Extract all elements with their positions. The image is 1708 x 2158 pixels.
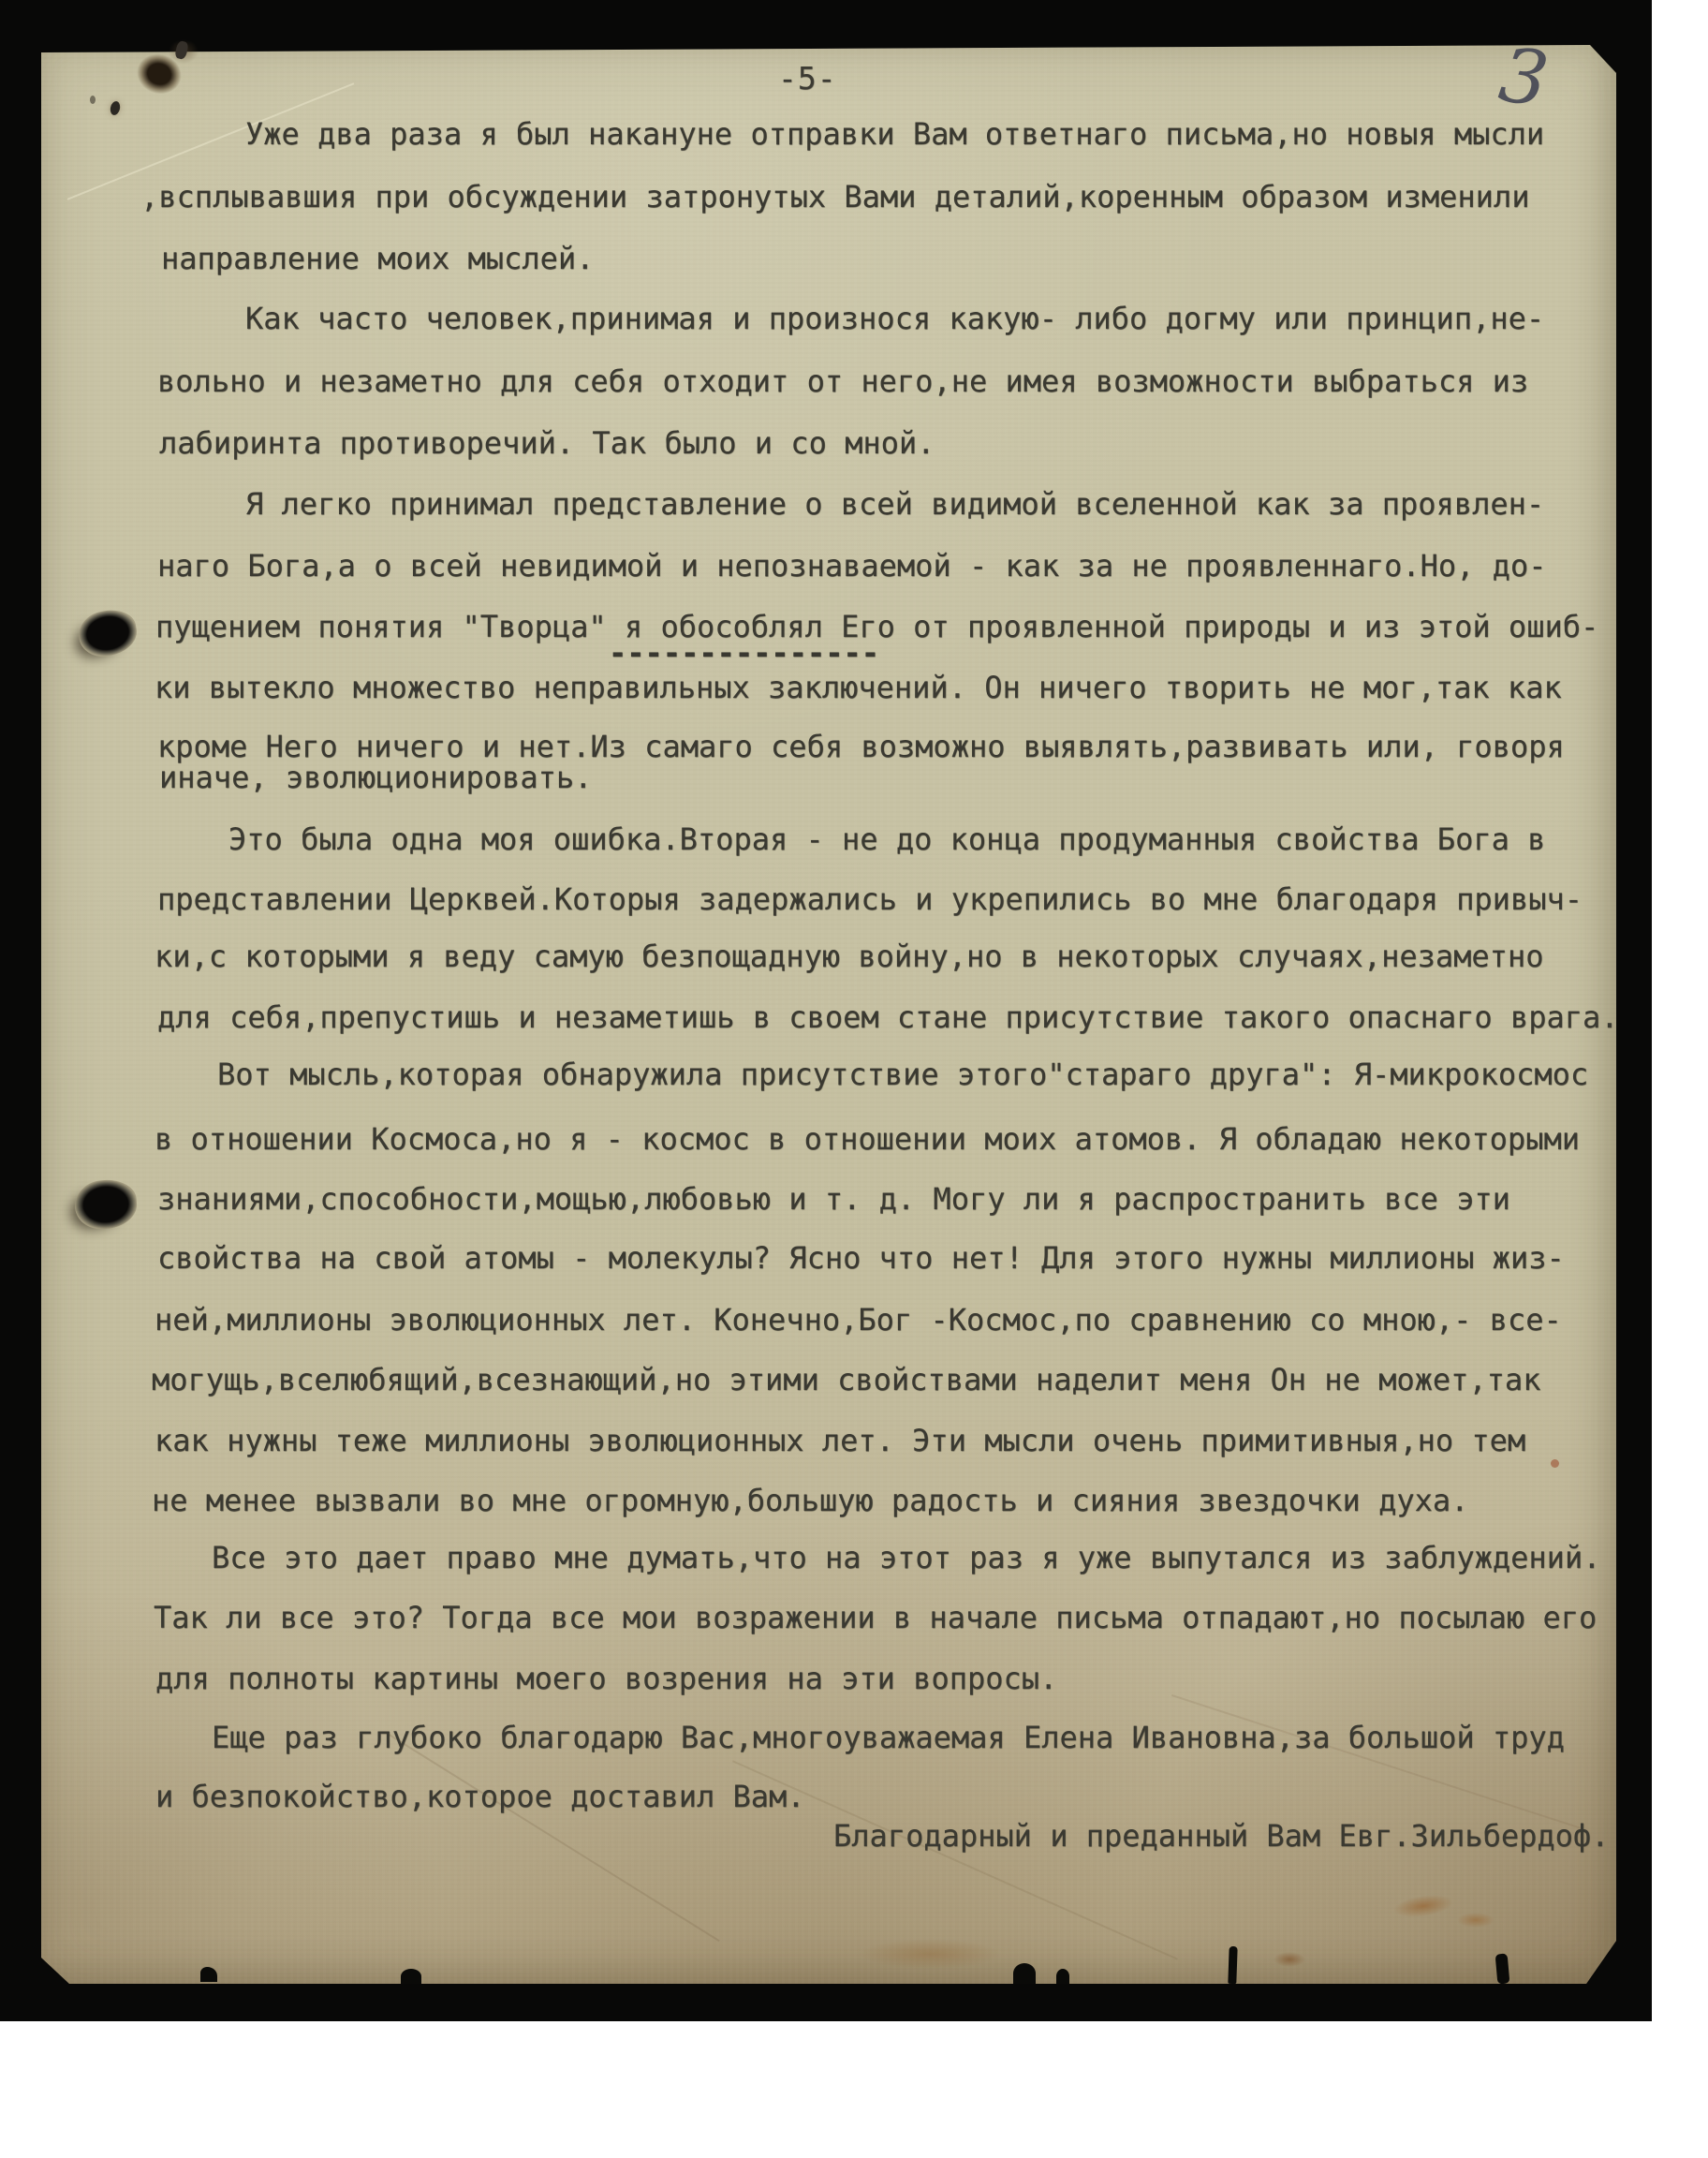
typed-line: Все это дает право мне думать,что на это…: [212, 1543, 1600, 1574]
emphasis-underline-dashes: ---------------: [609, 635, 879, 671]
typed-line: Я легко принимал представление о всей ви…: [245, 489, 1544, 521]
typed-line: ки вытекло множество неправильных заключ…: [155, 673, 1562, 704]
typed-line: Это была одна моя ошибка.Вторая - не до …: [228, 824, 1545, 856]
edge-tear-mark: [1228, 1946, 1237, 1984]
typed-line: Уже два раза я был накануне отправки Вам…: [245, 119, 1544, 151]
typed-line: ней,миллионы эволюционных лет. Конечно,Б…: [155, 1305, 1562, 1337]
typed-line: Еще раз глубоко благодарю Вас,многоуважа…: [212, 1722, 1565, 1754]
typed-line: не менее вызвали во мне огромную,большую…: [152, 1485, 1468, 1517]
ink-dot: [90, 96, 96, 104]
typed-line: в отношении Космоса,но я - космос в отно…: [155, 1124, 1580, 1156]
typed-line: кроме Него ничего и нет.Из самаго себя в…: [157, 732, 1565, 763]
typed-page-number: -5-: [778, 60, 837, 96]
typed-line: Вот мысль,которая обнаружила присутствие…: [217, 1059, 1588, 1091]
scanned-letter-page: -5- 3 Уже два раза я был накануне отправ…: [0, 0, 1708, 2158]
typed-line: Так ли все это? Тогда все мои возражении…: [154, 1603, 1597, 1634]
typed-line: иначе, эволюционировать.: [159, 762, 592, 794]
typed-line: ки,с которыми я веду самую безпощадную в…: [155, 941, 1543, 973]
edge-tear-mark: [1495, 1953, 1510, 1984]
typed-line: для полноты картины моего возрения на эт…: [155, 1663, 1057, 1695]
typed-line: вольно и незаметно для себя отходит от н…: [157, 366, 1528, 398]
edge-tear-mark: [1056, 1969, 1069, 1984]
edge-tear-mark: [1013, 1963, 1036, 1984]
typed-line: знаниями,способности,мощью,любовью и т. …: [157, 1184, 1510, 1216]
typed-line: Как часто человек,принимая и произнося к…: [245, 303, 1544, 335]
edge-tear-mark: [200, 1967, 217, 1982]
typed-line: как нужны теже миллионы эволюционных лет…: [155, 1426, 1525, 1457]
typed-line: представлении Церквей.Которыя задержалис…: [157, 884, 1583, 916]
rust-stain: [1274, 1952, 1305, 1967]
typed-line: и безпокойство,которое доставил Вам.: [155, 1781, 805, 1813]
typed-line: свойства на свой атомы - молекулы? Ясно …: [157, 1243, 1565, 1275]
rust-stain: [1457, 1913, 1494, 1928]
rust-stain: [860, 1939, 1000, 1969]
typed-line: могущь,вселюбящий,всезнающий,но этими св…: [152, 1365, 1540, 1397]
typed-line: наго Бога,а о всей невидимой и непознава…: [157, 551, 1546, 583]
typed-line: направление моих мыслей.: [161, 244, 594, 275]
typed-line: ,всплывавшия при обсуждении затронутых В…: [140, 182, 1529, 214]
typed-line: лабиринта противоречий. Так было и со мн…: [159, 428, 935, 460]
signature-line: Благодарный и преданный Вам Евг.Зильберд…: [833, 1821, 1609, 1853]
rust-stain: [1551, 1459, 1559, 1468]
typed-line: для себя,препустишь и незаметишь в своем…: [157, 1002, 1619, 1034]
edge-tear-mark: [401, 1969, 421, 1984]
